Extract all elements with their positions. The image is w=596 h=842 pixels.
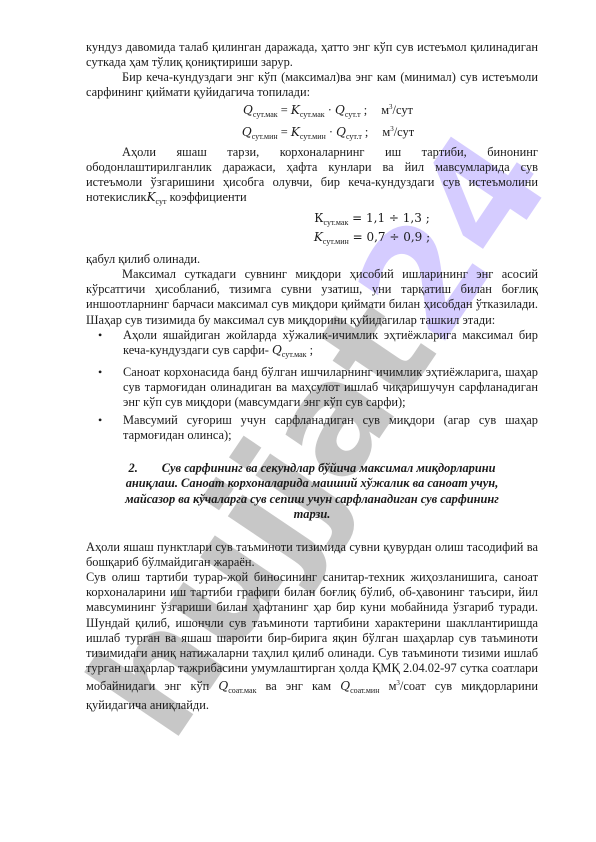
list-item: Аҳоли яшайдиган жойларда хўжалик-ичимлик…	[123, 328, 538, 362]
list-item: Мавсумий суғориш учун сарфланадиган сув …	[123, 413, 538, 443]
document-page: кундуз давомида талаб қилинган даражада,…	[86, 40, 538, 713]
section-heading: 2.Сув сарфининг ва секундлар бўйича макс…	[106, 461, 518, 522]
list-item: Саноат корхонасида банд бўлган ишчиларни…	[123, 365, 538, 410]
formula-k-min: Kсут.мин = 0,7 ÷ 0,9 ;	[86, 230, 538, 249]
paragraph-2: Бир кеча-кундуздаги энг кўп (максимал)ва…	[86, 70, 538, 100]
formula-q-max: Qсут.мак = Kсут.мак · Qсут.т ;м3/сут	[86, 100, 538, 122]
section-number: 2.	[129, 461, 138, 475]
unit: м3/сут	[382, 125, 414, 139]
paragraph-4: қабул қилиб олинади.	[86, 252, 538, 267]
paragraph-6: Аҳоли яшаш пунктлари сув таъминоти тизим…	[86, 540, 538, 570]
paragraph-7: Сув олиш тартиби турар-жой биносининг са…	[86, 570, 538, 713]
formula-k-max: Ксут.мак = 1,1 ÷ 1,3 ;	[86, 211, 538, 230]
bullet-list: Аҳоли яшайдиган жойларда хўжалик-ичимлик…	[86, 328, 538, 444]
section-title: Сув сарфининг ва секундлар бўйича максим…	[125, 461, 499, 521]
paragraph-5: Максимал суткадаги сувнинг миқдори ҳисоб…	[86, 267, 538, 327]
paragraph-3: Аҳоли яшаш тарзи, корхоналарнинг иш тарт…	[86, 145, 538, 209]
unit: м3/сут	[381, 103, 413, 117]
paragraph-1: кундуз давомида талаб қилинган даражада,…	[86, 40, 538, 70]
formula-q-min: Qсут.мин = Kсут.мин · Qсут.т ;м3/сут	[86, 122, 538, 144]
